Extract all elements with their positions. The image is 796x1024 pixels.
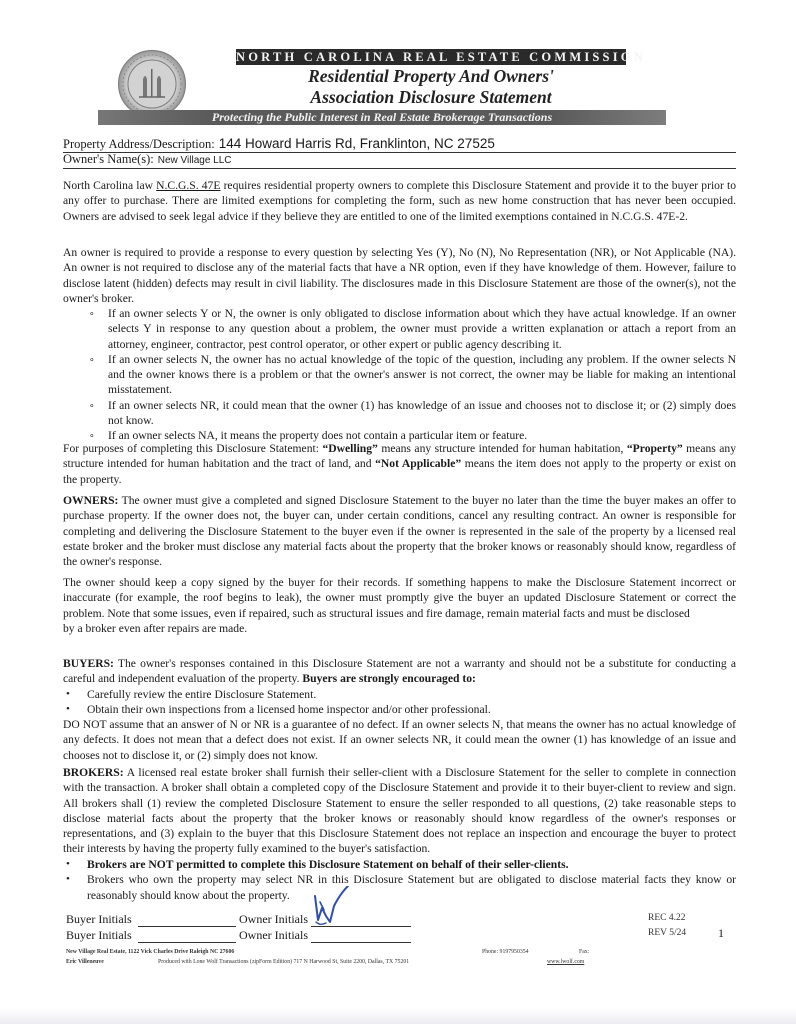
owner-initials-signature [312,886,372,936]
owners-paragraph: OWNERS: The owner must give a completed … [63,493,736,569]
scan-edge-shadow [0,1008,796,1024]
owner-name-field[interactable]: Owner's Name(s):New Village LLC [63,152,736,169]
definitions-paragraph: For purposes of completing this Disclosu… [63,441,736,487]
bullet-text: Carefully review the entire Disclosure S… [87,688,316,701]
intro-text: North Carolina law [63,179,156,192]
bullet-text: Brokers are NOT permitted to complete th… [87,858,569,871]
list-item: •Carefully review the entire Disclosure … [63,687,736,702]
owner-initials-label-1: Owner Initials [239,912,308,927]
bullet-icon: • [66,857,70,872]
footer-website-link[interactable]: www.lwolf.com [547,959,584,965]
footer-produced-by: Produced with Lone Wolf Transactions (zi… [158,959,409,965]
definitions-text: For purposes of completing this Disclosu… [63,442,322,455]
owners-text: The owner must give a completed and sign… [63,494,736,568]
list-item: ∘If an owner selects N, the owner has no… [63,352,736,398]
brokers-paragraph: BROKERS: A licensed real estate broker s… [63,765,736,857]
footer-fax: Fax: [579,949,589,955]
buyer-initials-label-1: Buyer Initials [66,912,132,927]
owner-copy-text-cont: by a broker even after repairs are made. [63,621,736,636]
circle-bullet-icon: ∘ [89,352,95,367]
bullet-text: Obtain their own inspections from a lice… [87,703,491,716]
list-item: ∘If an owner selects NR, it could mean t… [63,398,736,429]
buyers-bullet-list: •Carefully review the entire Disclosure … [63,687,736,718]
responses-paragraph: An owner is required to provide a respon… [63,245,736,306]
buyer-initials-field-2[interactable] [138,942,236,943]
tagline-banner: Protecting the Public Interest in Real E… [98,110,666,125]
brokers-heading: BROKERS: [63,766,124,779]
term-not-applicable: “Not Applicable” [375,457,461,470]
buyers-heading: BUYERS: [63,657,114,670]
bullet-icon: • [66,702,70,717]
circle-bullet-icon: ∘ [89,306,95,321]
footer-agency: New Village Real Estate, 1122 Vick Charl… [66,949,234,955]
owner-name-label: Owner's Name(s): [63,152,154,166]
property-address-label: Property Address/Description: [63,137,215,151]
brokers-bullet-list: •Brokers are NOT permitted to complete t… [63,857,736,903]
nc-state-seal-icon [118,50,186,118]
buyers-warning-paragraph: DO NOT assume that an answer of N or NR … [63,717,736,763]
footer-agent: Eric Villeneuve [66,959,104,965]
term-property: “Property” [627,442,683,455]
document-title-line-1: Residential Property And Owners' [236,66,626,87]
owners-heading: OWNERS: [63,494,118,507]
list-item: •Obtain their own inspections from a lic… [63,702,736,717]
circle-bullet-icon: ∘ [89,398,95,413]
owner-copy-text: The owner should keep a copy signed by t… [63,575,736,621]
bullet-text: If an owner selects NR, it could mean th… [108,399,736,427]
rec-code: REC 4.22 [648,913,685,923]
commission-banner: NORTH CAROLINA REAL ESTATE COMMISSION [236,49,626,65]
footer-phone: Phone: 9197950354 [482,949,529,955]
bullet-icon: • [66,872,70,887]
rev-code: REV 5/24 [648,928,686,938]
bullet-text: If an owner selects Y or N, the owner is… [108,307,736,351]
buyers-paragraph: BUYERS: The owner's responses contained … [63,656,736,687]
buyers-emphasis: Buyers are strongly encouraged to: [302,672,475,685]
property-address-value[interactable]: 144 Howard Harris Rd, Franklinton, NC 27… [219,136,495,151]
bullet-icon: • [66,687,70,702]
list-item: •Brokers who own the property may select… [63,872,736,903]
bullet-text: If an owner selects N, the owner has no … [108,353,736,397]
definitions-text: means any structure intended for human h… [378,442,627,455]
ncgs-47e-link[interactable]: N.C.G.S. 47E [156,179,220,192]
property-address-field[interactable]: Property Address/Description:144 Howard … [63,136,736,153]
list-item: ∘If an owner selects Y or N, the owner i… [63,306,736,352]
website-link-text[interactable]: www.lwolf.com [547,959,584,965]
document-title-line-2: Association Disclosure Statement [236,87,626,108]
owner-name-value[interactable]: New Village LLC [158,155,232,166]
buyer-initials-label-2: Buyer Initials [66,928,132,943]
term-dwelling: “Dwelling” [322,442,377,455]
responses-bullet-list: ∘If an owner selects Y or N, the owner i… [63,306,736,444]
disclosure-page: NORTH CAROLINA REAL ESTATE COMMISSION Re… [0,0,796,1024]
page-number: 1 [718,926,724,941]
buyer-initials-field-1[interactable] [138,926,236,927]
list-item: •Brokers are NOT permitted to complete t… [63,857,736,872]
owner-copy-paragraph: The owner should keep a copy signed by t… [63,575,736,636]
owner-initials-label-2: Owner Initials [239,928,308,943]
owner-initials-field-2[interactable] [311,942,411,943]
intro-paragraph: North Carolina law N.C.G.S. 47E requires… [63,178,736,224]
bullet-text: Brokers who own the property may select … [87,873,736,901]
brokers-text: A licensed real estate broker shall furn… [63,766,736,855]
